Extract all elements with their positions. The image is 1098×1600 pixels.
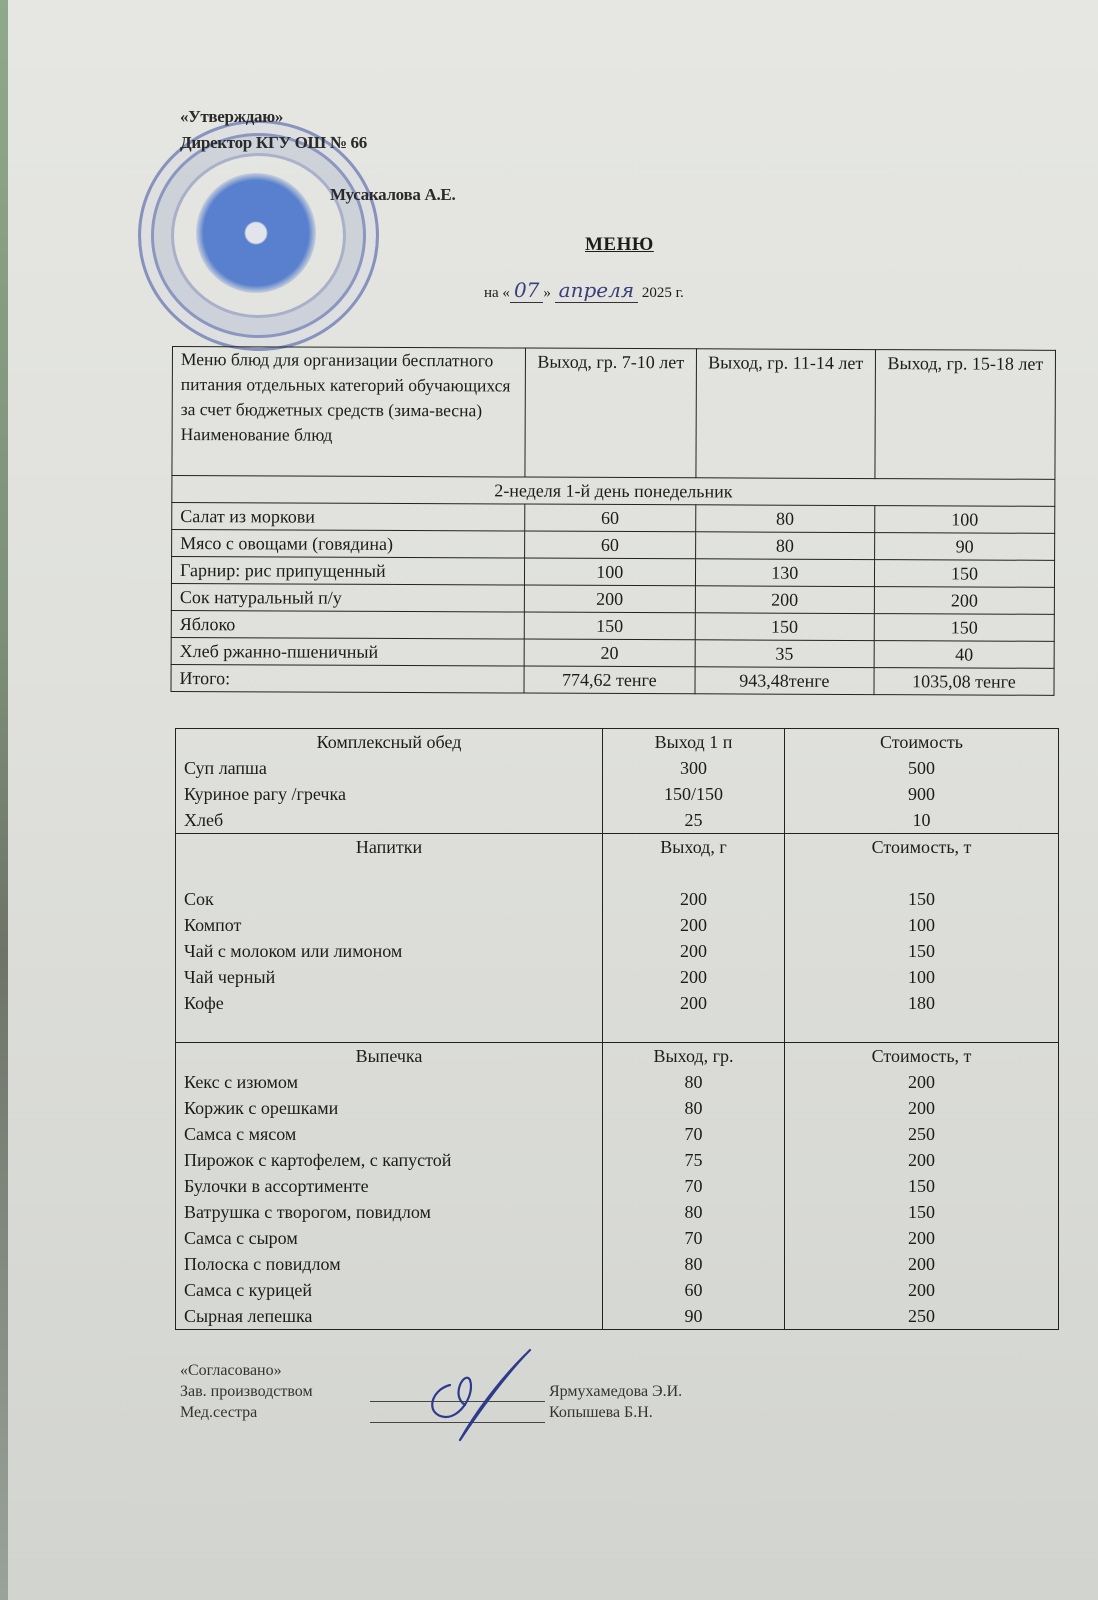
item-price: 200 bbox=[785, 1147, 1059, 1173]
item-yield: 80 bbox=[603, 1095, 785, 1121]
item-price: 150 bbox=[785, 1199, 1059, 1225]
state-emblem-icon bbox=[196, 173, 316, 293]
yield-7-10: 200 bbox=[524, 585, 695, 613]
item-name: Самса с мясом bbox=[176, 1121, 603, 1147]
item-name: Пирожок с картофелем, с капустой bbox=[176, 1147, 603, 1173]
empty-cell bbox=[176, 860, 603, 886]
empty-cell bbox=[603, 860, 785, 886]
item-price: 150 bbox=[785, 938, 1059, 964]
item-price: 180 bbox=[785, 990, 1059, 1016]
yield-11-14: 130 bbox=[695, 559, 874, 587]
spacer-row bbox=[176, 1016, 1059, 1043]
yield-11-14: 35 bbox=[695, 640, 874, 668]
price-header: Стоимость bbox=[785, 729, 1059, 756]
item-price: 250 bbox=[785, 1303, 1059, 1330]
item-yield: 200 bbox=[603, 990, 785, 1016]
table-row: Ватрушка с творогом, повидлом80150 bbox=[176, 1199, 1059, 1225]
item-yield: 200 bbox=[603, 964, 785, 990]
yield-7-10: 20 bbox=[524, 639, 695, 667]
day-label-row: 2-неделя 1-й день понедельник bbox=[172, 476, 1055, 507]
item-price: 150 bbox=[785, 886, 1059, 912]
dish-name: Сок натуральный п/у bbox=[171, 583, 524, 612]
table-row: Сок натуральный п/у200200200 bbox=[171, 583, 1054, 614]
yield-header: Выход 1 п bbox=[603, 729, 785, 756]
background-edge bbox=[0, 0, 8, 1600]
yield-7-10: 60 bbox=[525, 531, 696, 559]
item-name: Ватрушка с творогом, повидлом bbox=[176, 1199, 603, 1225]
item-price: 10 bbox=[785, 807, 1059, 834]
item-yield: 200 bbox=[603, 886, 785, 912]
dish-name: Яблоко bbox=[171, 610, 524, 639]
yield-15-18: 150 bbox=[874, 614, 1054, 642]
item-price: 200 bbox=[785, 1069, 1059, 1095]
signer-name: Ярмухамедова Э.И. bbox=[549, 1381, 682, 1402]
section-title: Выпечка bbox=[176, 1043, 603, 1070]
table-row: Полоска с повидлом80200 bbox=[176, 1251, 1059, 1277]
table-row: Сырная лепешка90250 bbox=[176, 1303, 1059, 1330]
item-name: Чай с молоком или лимоном bbox=[176, 938, 603, 964]
table-row: Гарнир: рис припущенный100130150 bbox=[171, 557, 1054, 588]
item-yield: 80 bbox=[603, 1251, 785, 1277]
spacer-row bbox=[176, 860, 1059, 886]
table-row: Кофе200180 bbox=[176, 990, 1059, 1016]
header-age-7-10: Выход, гр. 7-10 лет bbox=[525, 348, 696, 478]
item-price: 100 bbox=[785, 912, 1059, 938]
table-row: Компот200100 bbox=[176, 912, 1059, 938]
item-yield: 70 bbox=[603, 1173, 785, 1199]
dish-name: Гарнир: рис припущенный bbox=[171, 557, 524, 586]
total-15-18: 1035,08 тенге bbox=[874, 668, 1054, 696]
item-yield: 60 bbox=[603, 1277, 785, 1303]
document-date: на «07» апреля 2025 г. bbox=[484, 278, 684, 302]
table-row: Яблоко150150150 bbox=[171, 610, 1054, 641]
handwritten-signature-icon bbox=[420, 1345, 550, 1455]
item-name: Компот bbox=[176, 912, 603, 938]
section-header-bakery: ВыпечкаВыход, гр.Стоимость, т bbox=[176, 1043, 1059, 1070]
item-name: Кофе bbox=[176, 990, 603, 1016]
header-dish-name: Меню блюд для организации бесплатного пи… bbox=[172, 347, 526, 478]
yield-header: Выход, г bbox=[603, 834, 785, 861]
signer-role: Зав. производством bbox=[180, 1381, 370, 1402]
price-header: Стоимость, т bbox=[785, 834, 1059, 861]
paid-menu-table: Комплексный обедВыход 1 пСтоимостьСуп ла… bbox=[175, 728, 1059, 1330]
total-label: Итого: bbox=[171, 664, 524, 693]
item-name: Суп лапша bbox=[176, 755, 603, 781]
yield-15-18: 100 bbox=[875, 506, 1055, 534]
table-row: Чай черный200100 bbox=[176, 964, 1059, 990]
section-title: Комплексный обед bbox=[176, 729, 603, 756]
empty-cell bbox=[785, 860, 1059, 886]
table-row: Пирожок с картофелем, с капустой75200 bbox=[176, 1147, 1059, 1173]
table-row: Булочки в ассортименте70150 bbox=[176, 1173, 1059, 1199]
item-name: Сок bbox=[176, 886, 603, 912]
item-name: Куриное рагу /гречка bbox=[176, 781, 603, 807]
day-label: 2-неделя 1-й день понедельник bbox=[172, 476, 1055, 507]
table-row: Кекс с изюмом80200 bbox=[176, 1069, 1059, 1095]
header-age-11-14: Выход, гр. 11-14 лет bbox=[696, 349, 876, 479]
item-name: Самса с курицей bbox=[176, 1277, 603, 1303]
table-row: Сок200150 bbox=[176, 886, 1059, 912]
yield-15-18: 40 bbox=[874, 641, 1054, 669]
item-price: 200 bbox=[785, 1225, 1059, 1251]
item-yield: 70 bbox=[603, 1121, 785, 1147]
item-name: Полоска с повидлом bbox=[176, 1251, 603, 1277]
table-row: Коржик с орешками80200 bbox=[176, 1095, 1059, 1121]
table-header-row: Меню блюд для организации бесплатного пи… bbox=[172, 347, 1056, 480]
document-title: МЕНЮ bbox=[585, 234, 654, 256]
table-row: Чай с молоком или лимоном200150 bbox=[176, 938, 1059, 964]
date-day: 07 bbox=[510, 278, 543, 303]
dish-name: Салат из моркови bbox=[172, 503, 525, 532]
item-price: 150 bbox=[785, 1173, 1059, 1199]
item-name: Хлеб bbox=[176, 807, 603, 834]
item-price: 100 bbox=[785, 964, 1059, 990]
item-yield: 75 bbox=[603, 1147, 785, 1173]
date-year: 2025 г. bbox=[642, 285, 684, 301]
yield-header: Выход, гр. bbox=[603, 1043, 785, 1070]
item-price: 200 bbox=[785, 1277, 1059, 1303]
item-yield: 90 bbox=[603, 1303, 785, 1330]
price-header: Стоимость, т bbox=[785, 1043, 1059, 1070]
empty-cell bbox=[603, 1016, 785, 1043]
dish-name: Мясо с овощами (говядина) bbox=[172, 530, 525, 559]
date-prefix: на « bbox=[484, 285, 510, 301]
item-name: Чай черный bbox=[176, 964, 603, 990]
free-meal-table: Меню блюд для организации бесплатного пи… bbox=[170, 346, 1056, 696]
empty-cell bbox=[176, 1016, 603, 1043]
yield-15-18: 90 bbox=[875, 533, 1055, 561]
header-age-15-18: Выход, гр. 15-18 лет bbox=[875, 350, 1056, 480]
yield-15-18: 200 bbox=[874, 587, 1054, 615]
section-header-drinks: НапиткиВыход, гСтоимость, т bbox=[176, 834, 1059, 861]
item-name: Коржик с орешками bbox=[176, 1095, 603, 1121]
dish-name: Хлеб ржанно-пшеничный bbox=[171, 637, 524, 666]
table-row: Хлеб ржанно-пшеничный203540 bbox=[171, 637, 1054, 668]
approval-position: Директор КГУ ОШ № 66 bbox=[180, 130, 367, 156]
item-name: Булочки в ассортименте bbox=[176, 1173, 603, 1199]
approval-block: «Утверждаю» Директор КГУ ОШ № 66 Мусакал… bbox=[180, 104, 367, 156]
item-price: 200 bbox=[785, 1251, 1059, 1277]
section-header-lunch: Комплексный обедВыход 1 пСтоимость bbox=[176, 729, 1059, 756]
yield-7-10: 150 bbox=[524, 612, 695, 640]
yield-11-14: 150 bbox=[695, 613, 874, 641]
table-row: Салат из моркови6080100 bbox=[172, 503, 1055, 534]
yield-15-18: 150 bbox=[874, 560, 1054, 588]
approval-director-name: Мусакалова А.Е. bbox=[330, 182, 455, 208]
item-yield: 25 bbox=[603, 807, 785, 834]
item-yield: 150/150 bbox=[603, 781, 785, 807]
total-row: Итого: 774,62 тенге 943,48тенге 1035,08 … bbox=[171, 664, 1054, 695]
item-price: 250 bbox=[785, 1121, 1059, 1147]
table-row: Куриное рагу /гречка150/150900 bbox=[176, 781, 1059, 807]
yield-11-14: 80 bbox=[695, 532, 874, 560]
signer-role: Мед.сестра bbox=[180, 1402, 370, 1423]
table-row: Суп лапша300500 bbox=[176, 755, 1059, 781]
yield-7-10: 60 bbox=[525, 504, 696, 532]
item-price: 900 bbox=[785, 781, 1059, 807]
item-name: Самса с сыром bbox=[176, 1225, 603, 1251]
date-mid: » bbox=[543, 285, 551, 301]
table-row: Самса с мясом70250 bbox=[176, 1121, 1059, 1147]
section-title: Напитки bbox=[176, 834, 603, 861]
table-row: Мясо с овощами (говядина)608090 bbox=[172, 530, 1055, 561]
table-row: Самса с курицей60200 bbox=[176, 1277, 1059, 1303]
approval-heading: «Утверждаю» bbox=[180, 104, 367, 130]
total-7-10: 774,62 тенге bbox=[524, 666, 695, 694]
item-price: 200 bbox=[785, 1095, 1059, 1121]
total-11-14: 943,48тенге bbox=[695, 667, 874, 695]
item-yield: 200 bbox=[603, 938, 785, 964]
item-yield: 80 bbox=[603, 1199, 785, 1225]
item-name: Кекс с изюмом bbox=[176, 1069, 603, 1095]
item-yield: 70 bbox=[603, 1225, 785, 1251]
item-name: Сырная лепешка bbox=[176, 1303, 603, 1330]
item-yield: 80 bbox=[603, 1069, 785, 1095]
empty-cell bbox=[785, 1016, 1059, 1043]
item-yield: 300 bbox=[603, 755, 785, 781]
yield-7-10: 100 bbox=[524, 558, 695, 586]
table-row: Хлеб2510 bbox=[176, 807, 1059, 834]
table-row: Самса с сыром70200 bbox=[176, 1225, 1059, 1251]
signer-name: Копышева Б.Н. bbox=[549, 1402, 653, 1423]
yield-11-14: 80 bbox=[695, 505, 874, 533]
yield-11-14: 200 bbox=[695, 586, 874, 614]
item-yield: 200 bbox=[603, 912, 785, 938]
item-price: 500 bbox=[785, 755, 1059, 781]
date-month: апреля bbox=[555, 278, 638, 303]
